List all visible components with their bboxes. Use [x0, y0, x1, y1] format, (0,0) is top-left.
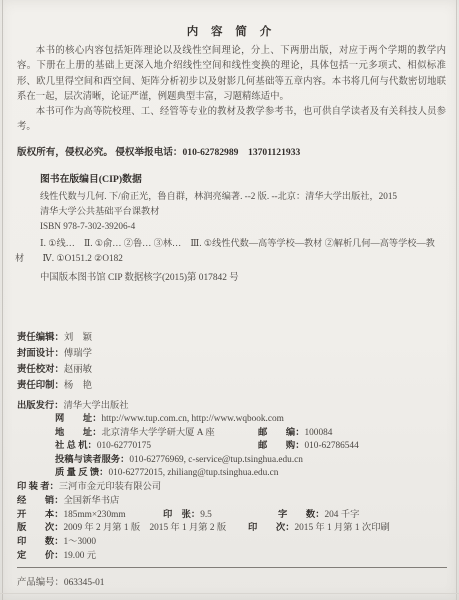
print-run-row: 印 数：1～3000 — [17, 536, 446, 550]
edition-label: 版 次： — [17, 523, 64, 533]
address-value: 北京清华大学学研大厦 A 座 — [102, 428, 215, 438]
format-row: 开 本：185mm×230mm 印 张：9.5 字 数：204 千字 — [17, 509, 446, 523]
quality-feedback-row: 质 量 反 馈：010-62772015, zhiliang@tup.tsing… — [17, 467, 446, 480]
address-label: 地 址： — [55, 428, 102, 438]
intro-paragraph-1: 本书的核心内容包括矩阵理论以及线性空间理论，分上、下两册出版，对应于两个学期的教… — [17, 44, 446, 105]
quality-feedback-label: 质 量 反 馈： — [55, 468, 108, 478]
publisher-label: 出版发行： — [17, 401, 64, 411]
switchboard-value: 010-62770175 — [97, 441, 151, 451]
divider-rule — [17, 567, 447, 568]
edition-row: 版 次：2009 年 2 月第 1 版 2015 年 1 月第 2 版 印 次：… — [17, 522, 446, 536]
switchboard-label: 社 总 机： — [55, 441, 97, 451]
mail-order-label: 邮 购： — [258, 441, 305, 451]
print-supervisor-value: 杨 艳 — [64, 381, 92, 391]
mail-order: 邮 购：010-62786544 — [258, 440, 359, 453]
impression: 印 次：2015 年 1 月第 1 次印刷 — [248, 522, 390, 536]
distributor-label: 经 销： — [17, 496, 64, 506]
impression-value: 2015 年 1 月第 1 次印刷 — [295, 523, 390, 533]
sheets-value: 9.5 — [200, 510, 212, 520]
book-copyright-page: 内 容 简 介 本书的核心内容包括矩阵理论以及线性空间理论，分上、下两册出版，对… — [0, 0, 459, 600]
proofreader-value: 赵丽敏 — [64, 365, 92, 375]
isbn-line: ISBN 978-7-302-39206-4 — [40, 219, 451, 234]
cip-block: 线性代数与几何. 下/俞正光，鲁自群，林润亮编著. --2 版. --北京：清华… — [40, 189, 451, 235]
postcode-value: 100084 — [305, 428, 333, 438]
copyright-notice: 版权所有，侵权必究。 侵权举报电话：010-62782989 137011219… — [17, 144, 446, 158]
content-summary: 本书的核心内容包括矩阵理论以及线性空间理论，分上、下两册出版，对应于两个学期的教… — [17, 44, 446, 136]
word-count: 字 数：204 千字 — [278, 509, 359, 523]
word-count-label: 字 数： — [278, 510, 325, 520]
page-edge-left — [2, 0, 3, 600]
mail-order-value: 010-62786544 — [305, 441, 359, 451]
editor-row: 责任编辑：刘 颖 — [17, 330, 446, 346]
printer-value: 三河市金元印装有限公司 — [59, 482, 161, 492]
editor-value: 刘 颖 — [64, 333, 92, 343]
publisher-row: 出版发行：清华大学出版社 — [17, 400, 446, 413]
cip-class-line-1: Ⅰ. ①线… Ⅱ. ①俞… ②鲁… ③林… Ⅲ. ①线性代数—高等学校—教材 ②… — [15, 236, 451, 251]
distributor-row: 经 销：全国新华书店 — [17, 495, 446, 509]
quality-feedback-value: 010-62772015, zhiliang@tup.tsinghua.edu.… — [108, 468, 278, 478]
cip-series-line: 清华大学公共基础平台课教材 — [40, 204, 451, 219]
format-value: 185mm×230mm — [64, 510, 126, 520]
page-edge-bottom — [0, 593, 459, 594]
printer-row: 印 装 者：三河市金元印装有限公司 — [17, 481, 446, 495]
product-number: 产品编号：063345-01 — [17, 574, 446, 588]
printer-label: 印 装 者： — [17, 482, 59, 492]
proofreader-row: 责任校对：赵丽敏 — [17, 362, 446, 378]
website-row: 网 址：http://www.tup.com.cn, http://www.wq… — [17, 413, 446, 426]
page-edge-right — [456, 0, 457, 600]
publisher-block: 出版发行：清华大学出版社 网 址：http://www.tup.com.cn, … — [17, 400, 446, 480]
cover-design-row: 封面设计：傅瑞学 — [17, 346, 446, 362]
distributor-value: 全国新华书店 — [64, 496, 120, 506]
publisher-name: 清华大学出版社 — [64, 401, 129, 411]
cip-heading: 图书在版编目(CIP)数据 — [40, 171, 446, 185]
reader-service-value: 010-62776969, c-service@tup.tsinghua.edu… — [129, 455, 303, 465]
word-count-value: 204 千字 — [325, 510, 360, 520]
price-label: 定 价： — [17, 551, 64, 561]
editor-label: 责任编辑： — [17, 333, 64, 343]
price-row: 定 价：19.00 元 — [17, 550, 446, 564]
address-row: 地 址：北京清华大学学研大厦 A 座 邮 编：100084 — [17, 427, 446, 440]
switchboard-row: 社 总 机：010-62770175 邮 购：010-62786544 — [17, 440, 446, 453]
postcode-label: 邮 编： — [258, 428, 305, 438]
content-summary-title: 内 容 简 介 — [17, 23, 446, 39]
cover-design-value: 傅瑞学 — [64, 349, 92, 359]
format-label: 开 本： — [17, 510, 64, 520]
price-value: 19.00 元 — [64, 551, 97, 561]
cover-design-label: 封面设计： — [17, 349, 64, 359]
staff-block: 责任编辑：刘 颖 封面设计：傅瑞学 责任校对：赵丽敏 责任印制：杨 艳 — [17, 330, 446, 394]
printing-block: 印 装 者：三河市金元印装有限公司 经 销：全国新华书店 开 本：185mm×2… — [17, 481, 446, 564]
sheets: 印 张：9.5 — [163, 509, 212, 523]
reader-service-label: 投稿与读者服务： — [55, 455, 129, 465]
print-supervisor-row: 责任印制：杨 艳 — [17, 378, 446, 394]
edition-value: 2009 年 2 月第 1 版 2015 年 1 月第 2 版 — [64, 523, 227, 533]
cip-classification: Ⅰ. ①线… Ⅱ. ①俞… ②鲁… ③林… Ⅲ. ①线性代数—高等学校—教材 ②… — [15, 236, 451, 266]
print-supervisor-label: 责任印制： — [17, 381, 64, 391]
print-run-label: 印 数： — [17, 537, 64, 547]
impression-label: 印 次： — [248, 523, 295, 533]
cip-title-line: 线性代数与几何. 下/俞正光，鲁自群，林润亮编著. --2 版. --北京：清华… — [40, 189, 451, 204]
proofreader-label: 责任校对： — [17, 365, 64, 375]
reader-service-row: 投稿与读者服务：010-62776969, c-service@tup.tsin… — [17, 454, 446, 467]
postcode: 邮 编：100084 — [258, 427, 332, 440]
print-run-value: 1～3000 — [64, 537, 97, 547]
cip-class-line-2: 材 Ⅳ. ①O151.2 ②O182 — [15, 251, 451, 266]
intro-paragraph-2: 本书可作为高等院校理、工、经管等专业的教材及教学参考书，也可供自学读者及有关科技… — [17, 105, 446, 136]
sheets-label: 印 张： — [163, 510, 200, 520]
website-value: http://www.tup.com.cn, http://www.wqbook… — [102, 414, 284, 424]
website-label: 网 址： — [55, 414, 102, 424]
cip-record-line: 中国版本图书馆 CIP 数据核字(2015)第 017842 号 — [40, 269, 446, 283]
